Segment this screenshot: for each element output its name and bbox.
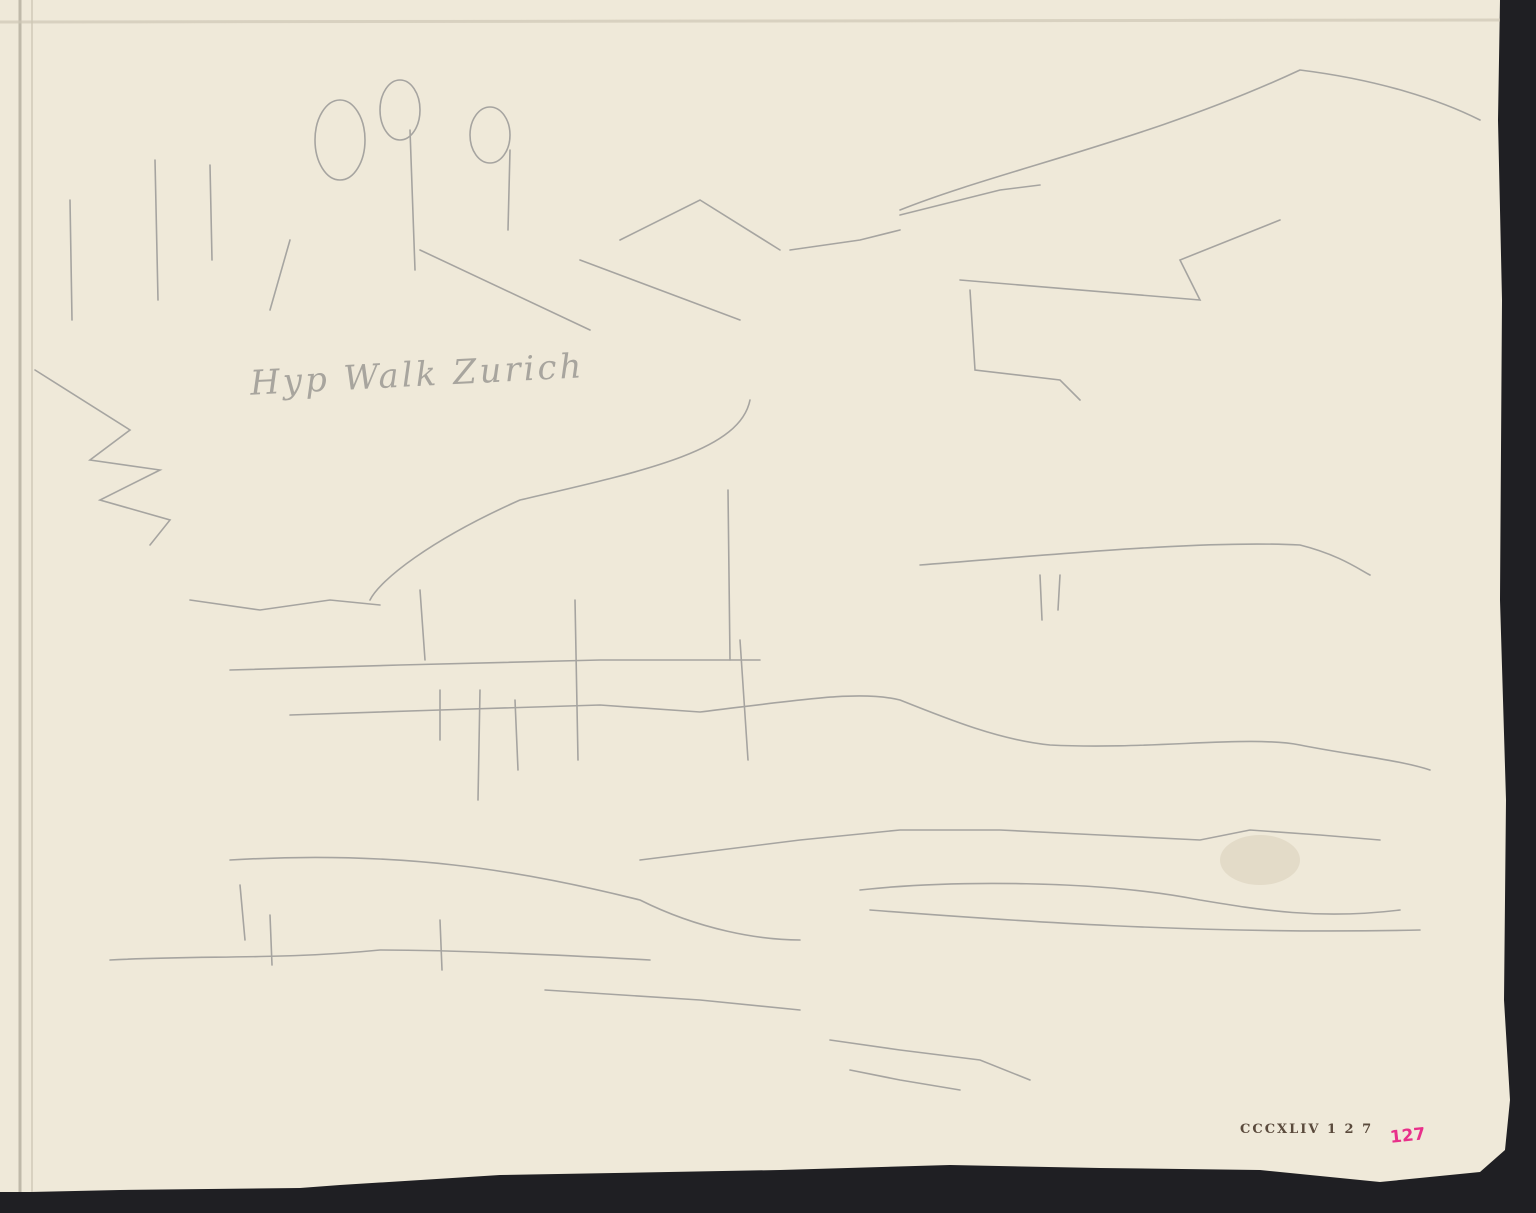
catalogue-stamp: CCCXLIV 1 2 7 <box>1240 1122 1373 1137</box>
paper-sheet <box>0 0 1510 1192</box>
sketch-paper <box>0 0 1536 1213</box>
artwork-canvas: Hyp Walk Zurich CCCXLIV 1 2 7 127 <box>0 0 1536 1213</box>
pink-page-number: 127 <box>1389 1124 1426 1148</box>
